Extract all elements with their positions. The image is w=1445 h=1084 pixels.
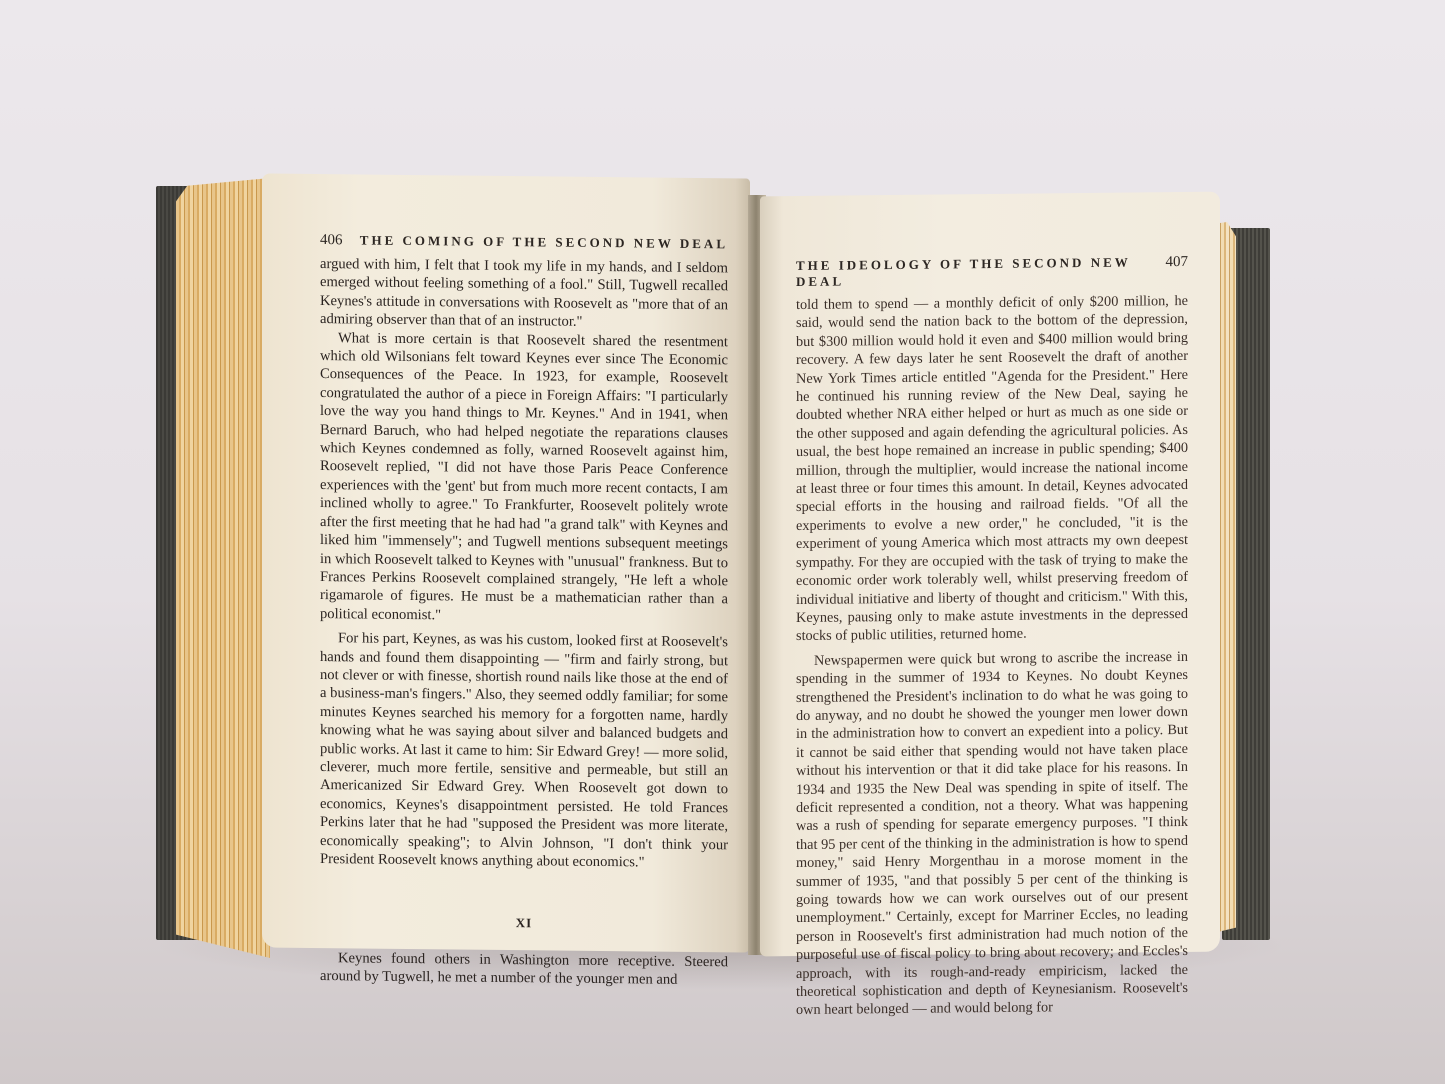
left-page: 406 THE COMING OF THE SECOND NEW DEAL ar… xyxy=(262,173,750,952)
left-running-head: 406 THE COMING OF THE SECOND NEW DEAL xyxy=(320,232,728,253)
right-body-text: told them to spend — a monthly deficit o… xyxy=(796,292,1188,1020)
page-number-right: 407 xyxy=(1166,254,1189,271)
left-body-text: argued with him, I felt that I took my l… xyxy=(320,255,728,990)
paragraph: For his part, Keynes, as was his custom,… xyxy=(320,629,728,873)
paragraph: Keynes found others in Washington more r… xyxy=(320,949,728,990)
page-number-left: 406 xyxy=(320,232,343,249)
paragraph: Newspapermen were quick but wrong to asc… xyxy=(796,648,1188,1020)
paragraph: told them to spend — a monthly deficit o… xyxy=(796,292,1188,646)
right-page: THE IDEOLOGY OF THE SECOND NEW DEAL 407 … xyxy=(760,192,1220,957)
right-running-title: THE IDEOLOGY OF THE SECOND NEW DEAL xyxy=(796,254,1166,290)
left-running-title: THE COMING OF THE SECOND NEW DEAL xyxy=(360,232,728,252)
right-running-head: THE IDEOLOGY OF THE SECOND NEW DEAL 407 xyxy=(796,254,1188,290)
page-block-edge-left xyxy=(176,178,270,958)
paragraph: argued with him, I felt that I took my l… xyxy=(320,255,728,333)
paragraph: What is more certain is that Roosevelt s… xyxy=(320,329,728,628)
section-number: XI xyxy=(320,912,728,935)
